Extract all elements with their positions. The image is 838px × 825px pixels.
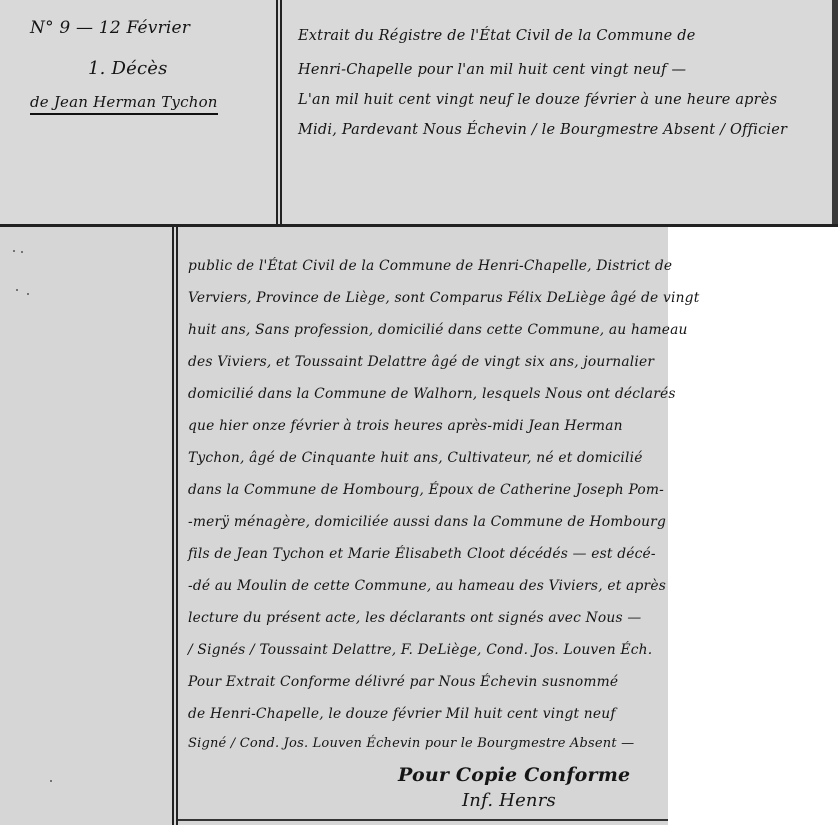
body-line: de Henri-Chapelle, le douze février Mil … — [188, 706, 616, 722]
body-line: Tychon, âgé de Cinquante huit ans, Culti… — [188, 450, 643, 466]
margin-column-rule-inner — [280, 0, 282, 224]
body-line: Pour Extrait Conforme délivré par Nous É… — [188, 674, 618, 690]
header-line: Henri-Chapelle pour l'an mil huit cent v… — [298, 62, 686, 78]
paper-speck — [21, 251, 23, 253]
page-edge-shadow — [832, 0, 838, 227]
body-line: Verviers, Province de Liège, sont Compar… — [188, 290, 699, 306]
entry-number: N° 9 — 12 Février — [30, 18, 190, 38]
body-line: domicilié dans la Commune de Walhorn, le… — [188, 386, 676, 402]
header-line: Extrait du Régistre de l'État Civil de l… — [298, 28, 696, 44]
body-line: fils de Jean Tychon et Marie Élisabeth C… — [188, 546, 656, 562]
body-line: des Viviers, et Toussaint Delattre âgé d… — [188, 354, 654, 370]
header-line: L'an mil huit cent vingt neuf le douze f… — [298, 92, 777, 108]
body-line: / Signés / Toussaint Delattre, F. DeLièg… — [188, 642, 652, 658]
official-signature: Inf. Henrs — [462, 790, 556, 811]
body-line: que hier onze février à trois heures apr… — [188, 418, 623, 434]
body-line: Signé / Cond. Jos. Louven Échevin pour l… — [188, 736, 634, 751]
header-line: Midi, Pardevant Nous Échevin / le Bourgm… — [298, 122, 787, 138]
page-bottom-rule — [178, 819, 668, 821]
body-line: public de l'État Civil de la Commune de … — [188, 258, 672, 274]
body-line: huit ans, Sans profession, domicilié dan… — [188, 322, 688, 338]
margin-column-rule — [276, 0, 278, 224]
record-type: 1. Décès — [88, 58, 168, 79]
body-line: -dé au Moulin de cette Commune, au hamea… — [188, 578, 666, 594]
body-margin-rule — [172, 227, 174, 825]
register-page-top: N° 9 — 12 Février 1. Décès de Jean Herma… — [0, 0, 838, 227]
paper-speck — [27, 293, 29, 295]
paper-speck — [13, 250, 15, 252]
paper-speck — [16, 289, 18, 291]
deceased-name: de Jean Herman Tychon — [30, 93, 218, 115]
body-line: -merÿ ménagère, domiciliée aussi dans la… — [188, 514, 666, 530]
closing-certification: Pour Copie Conforme — [398, 764, 630, 786]
body-line: lecture du présent acte, les déclarants … — [188, 610, 641, 626]
body-line: dans la Commune de Hombourg, Époux de Ca… — [188, 482, 664, 498]
body-margin-rule-inner — [176, 227, 178, 825]
paper-speck — [50, 780, 52, 782]
